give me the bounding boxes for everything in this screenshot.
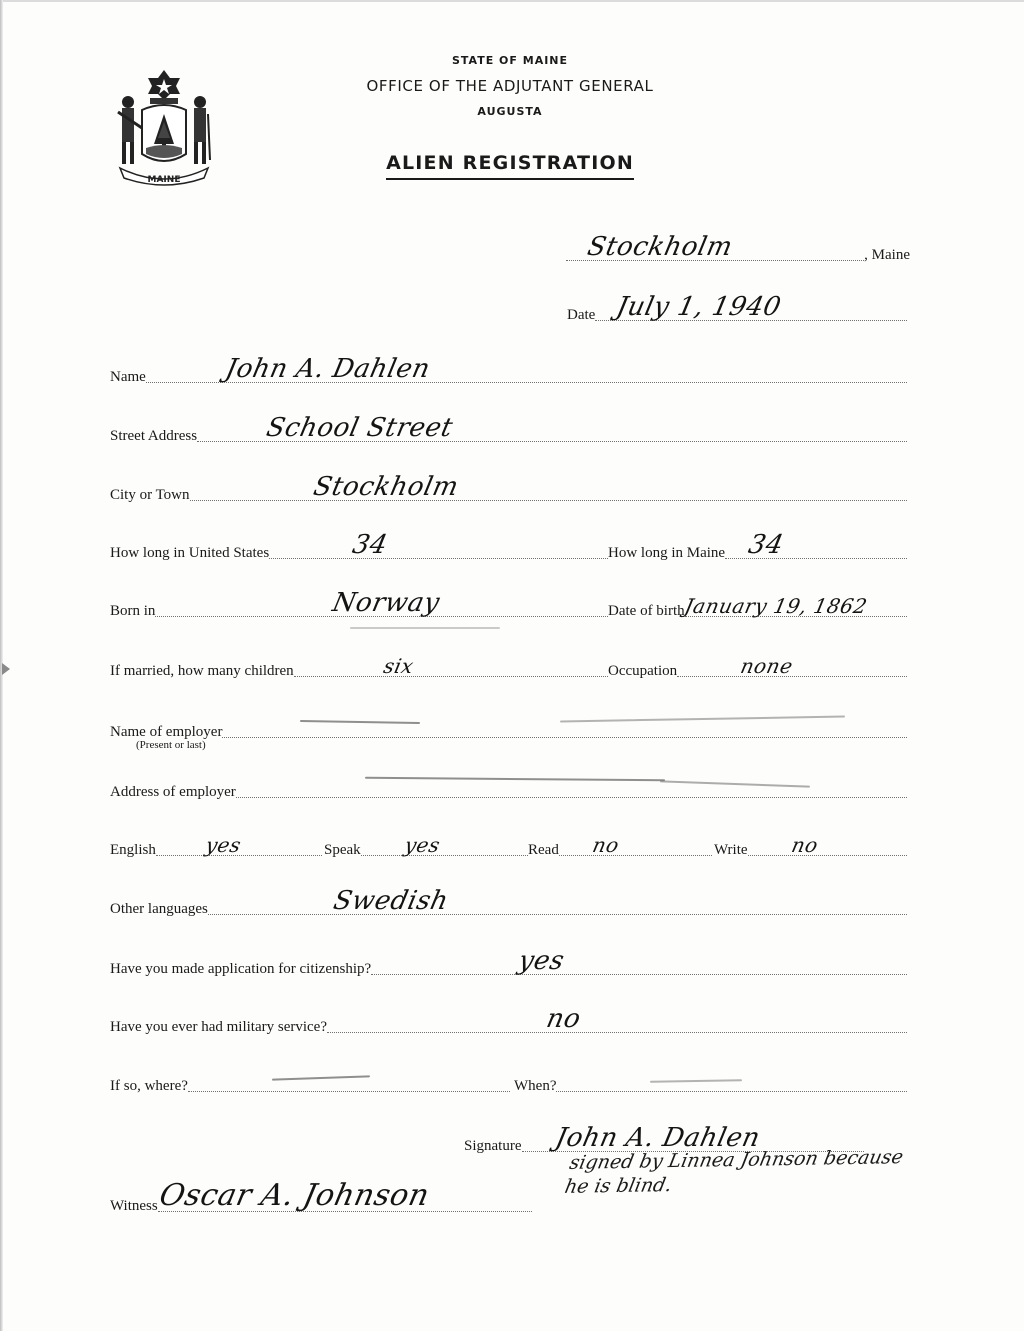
date-of-birth-label: Date of birth — [608, 604, 685, 622]
military-field[interactable]: no — [327, 1031, 907, 1033]
citizenship-row: Have you made application for citizenshi… — [110, 950, 907, 980]
city-value: Stockholm — [310, 472, 460, 502]
witness-row: Witness Oscar A. Johnson — [110, 1187, 532, 1217]
date-label: Date — [567, 308, 595, 326]
city-field[interactable]: Stockholm — [190, 499, 907, 501]
children-field[interactable]: six — [294, 675, 608, 677]
city-row: City or Town Stockholm — [110, 476, 907, 506]
military-label: Have you ever had military service? — [110, 1020, 327, 1038]
date-row: Date July 1, 1940 — [567, 296, 907, 326]
city-label: City or Town — [110, 488, 190, 506]
write-field[interactable]: no — [748, 854, 907, 856]
location-state-label: , Maine — [864, 248, 910, 266]
children-row: If married, how many children six — [110, 652, 608, 682]
how-long-us-label: How long in United States — [110, 546, 269, 564]
witness-value: Oscar A. Johnson — [156, 1178, 432, 1213]
name-field[interactable]: John A. Dahlen — [146, 381, 907, 383]
write-value: no — [789, 833, 820, 857]
date-field[interactable]: July 1, 1940 — [595, 319, 907, 321]
location-value: Stockholm — [585, 232, 735, 262]
street-address-label: Street Address — [110, 429, 197, 447]
born-in-value: Norway — [330, 588, 443, 618]
witness-label: Witness — [110, 1199, 158, 1217]
signature-label: Signature — [464, 1139, 522, 1157]
born-in-row: Born in Norway — [110, 592, 608, 622]
english-field[interactable]: yes — [156, 854, 322, 856]
how-long-maine-field[interactable]: 34 — [725, 557, 907, 559]
read-row: Read no — [528, 831, 712, 861]
form-title: ALIEN REGISTRATION — [386, 152, 634, 180]
english-row: English yes — [110, 831, 322, 861]
citizenship-field[interactable]: yes — [371, 973, 907, 975]
citizenship-value: yes — [516, 946, 567, 976]
street-address-row: Street Address School Street — [110, 417, 907, 447]
date-of-birth-value: January 19, 1862 — [682, 594, 869, 618]
signature-note: signed by Linnea Johnson because he is b… — [563, 1145, 906, 1199]
children-value: six — [381, 654, 416, 678]
military-value: no — [544, 1004, 584, 1034]
name-row: Name John A. Dahlen — [110, 358, 907, 388]
read-label: Read — [528, 843, 559, 861]
how-long-us-row: How long in United States 34 — [110, 534, 608, 564]
employer-name-field[interactable] — [222, 736, 907, 738]
header-state: STATE OF MAINE — [300, 54, 720, 67]
born-in-smudge — [350, 627, 500, 629]
read-field[interactable]: no — [559, 854, 712, 856]
how-long-maine-label: How long in Maine — [608, 546, 725, 564]
maine-state-seal-icon: MAINE — [112, 68, 216, 190]
other-languages-value: Swedish — [331, 886, 451, 916]
occupation-field[interactable]: none — [677, 675, 907, 677]
read-value: no — [590, 833, 621, 857]
speak-row: Speak yes — [324, 831, 528, 861]
other-languages-row: Other languages Swedish — [110, 890, 907, 920]
speak-value: yes — [402, 833, 442, 857]
military-row: Have you ever had military service? no — [110, 1008, 907, 1038]
margin-arrow-mark — [2, 663, 10, 675]
where-field[interactable] — [188, 1090, 510, 1092]
header-office: OFFICE OF THE ADJUTANT GENERAL — [300, 77, 720, 95]
date-of-birth-field[interactable]: January 19, 1862 — [685, 615, 907, 617]
born-in-label: Born in — [110, 604, 155, 622]
write-label: Write — [714, 843, 748, 861]
employer-address-label: Address of employer — [110, 785, 236, 803]
when-field[interactable] — [556, 1090, 907, 1092]
signature-note-line-2: he is blind. — [563, 1169, 901, 1199]
header-city: AUGUSTA — [300, 105, 720, 118]
english-value: yes — [203, 833, 243, 857]
how-long-maine-value: 34 — [746, 530, 786, 560]
english-label: English — [110, 843, 156, 861]
how-long-maine-row: How long in Maine 34 — [608, 534, 907, 564]
location-row: Stockholm , Maine — [566, 236, 910, 266]
where-row: If so, where? — [110, 1067, 510, 1097]
name-value: John A. Dahlen — [223, 354, 433, 384]
street-address-field[interactable]: School Street — [197, 440, 907, 442]
occupation-label: Occupation — [608, 664, 677, 682]
born-in-field[interactable]: Norway — [155, 615, 608, 617]
occupation-row: Occupation none — [608, 652, 907, 682]
street-address-value: School Street — [264, 413, 456, 443]
occupation-value: none — [739, 654, 796, 678]
employer-address-field[interactable] — [236, 796, 907, 798]
other-languages-field[interactable]: Swedish — [208, 913, 907, 915]
location-field[interactable]: Stockholm — [566, 259, 864, 261]
when-row: When? — [514, 1067, 907, 1097]
where-label: If so, where? — [110, 1079, 188, 1097]
speak-label: Speak — [324, 843, 361, 861]
employer-name-sublabel: (Present or last) — [136, 739, 206, 751]
how-long-us-value: 34 — [350, 530, 390, 560]
citizenship-label: Have you made application for citizenshi… — [110, 962, 371, 980]
svg-text:MAINE: MAINE — [148, 175, 181, 185]
name-label: Name — [110, 370, 146, 388]
date-of-birth-row: Date of birth January 19, 1862 — [608, 592, 907, 622]
children-label: If married, how many children — [110, 664, 294, 682]
witness-field[interactable]: Oscar A. Johnson — [158, 1210, 532, 1212]
when-label: When? — [514, 1079, 556, 1097]
write-row: Write no — [714, 831, 907, 861]
date-value: July 1, 1940 — [614, 292, 784, 322]
page-edge-top — [0, 0, 1024, 2]
how-long-us-field[interactable]: 34 — [269, 557, 608, 559]
other-languages-label: Other languages — [110, 902, 208, 920]
speak-field[interactable]: yes — [361, 854, 528, 856]
